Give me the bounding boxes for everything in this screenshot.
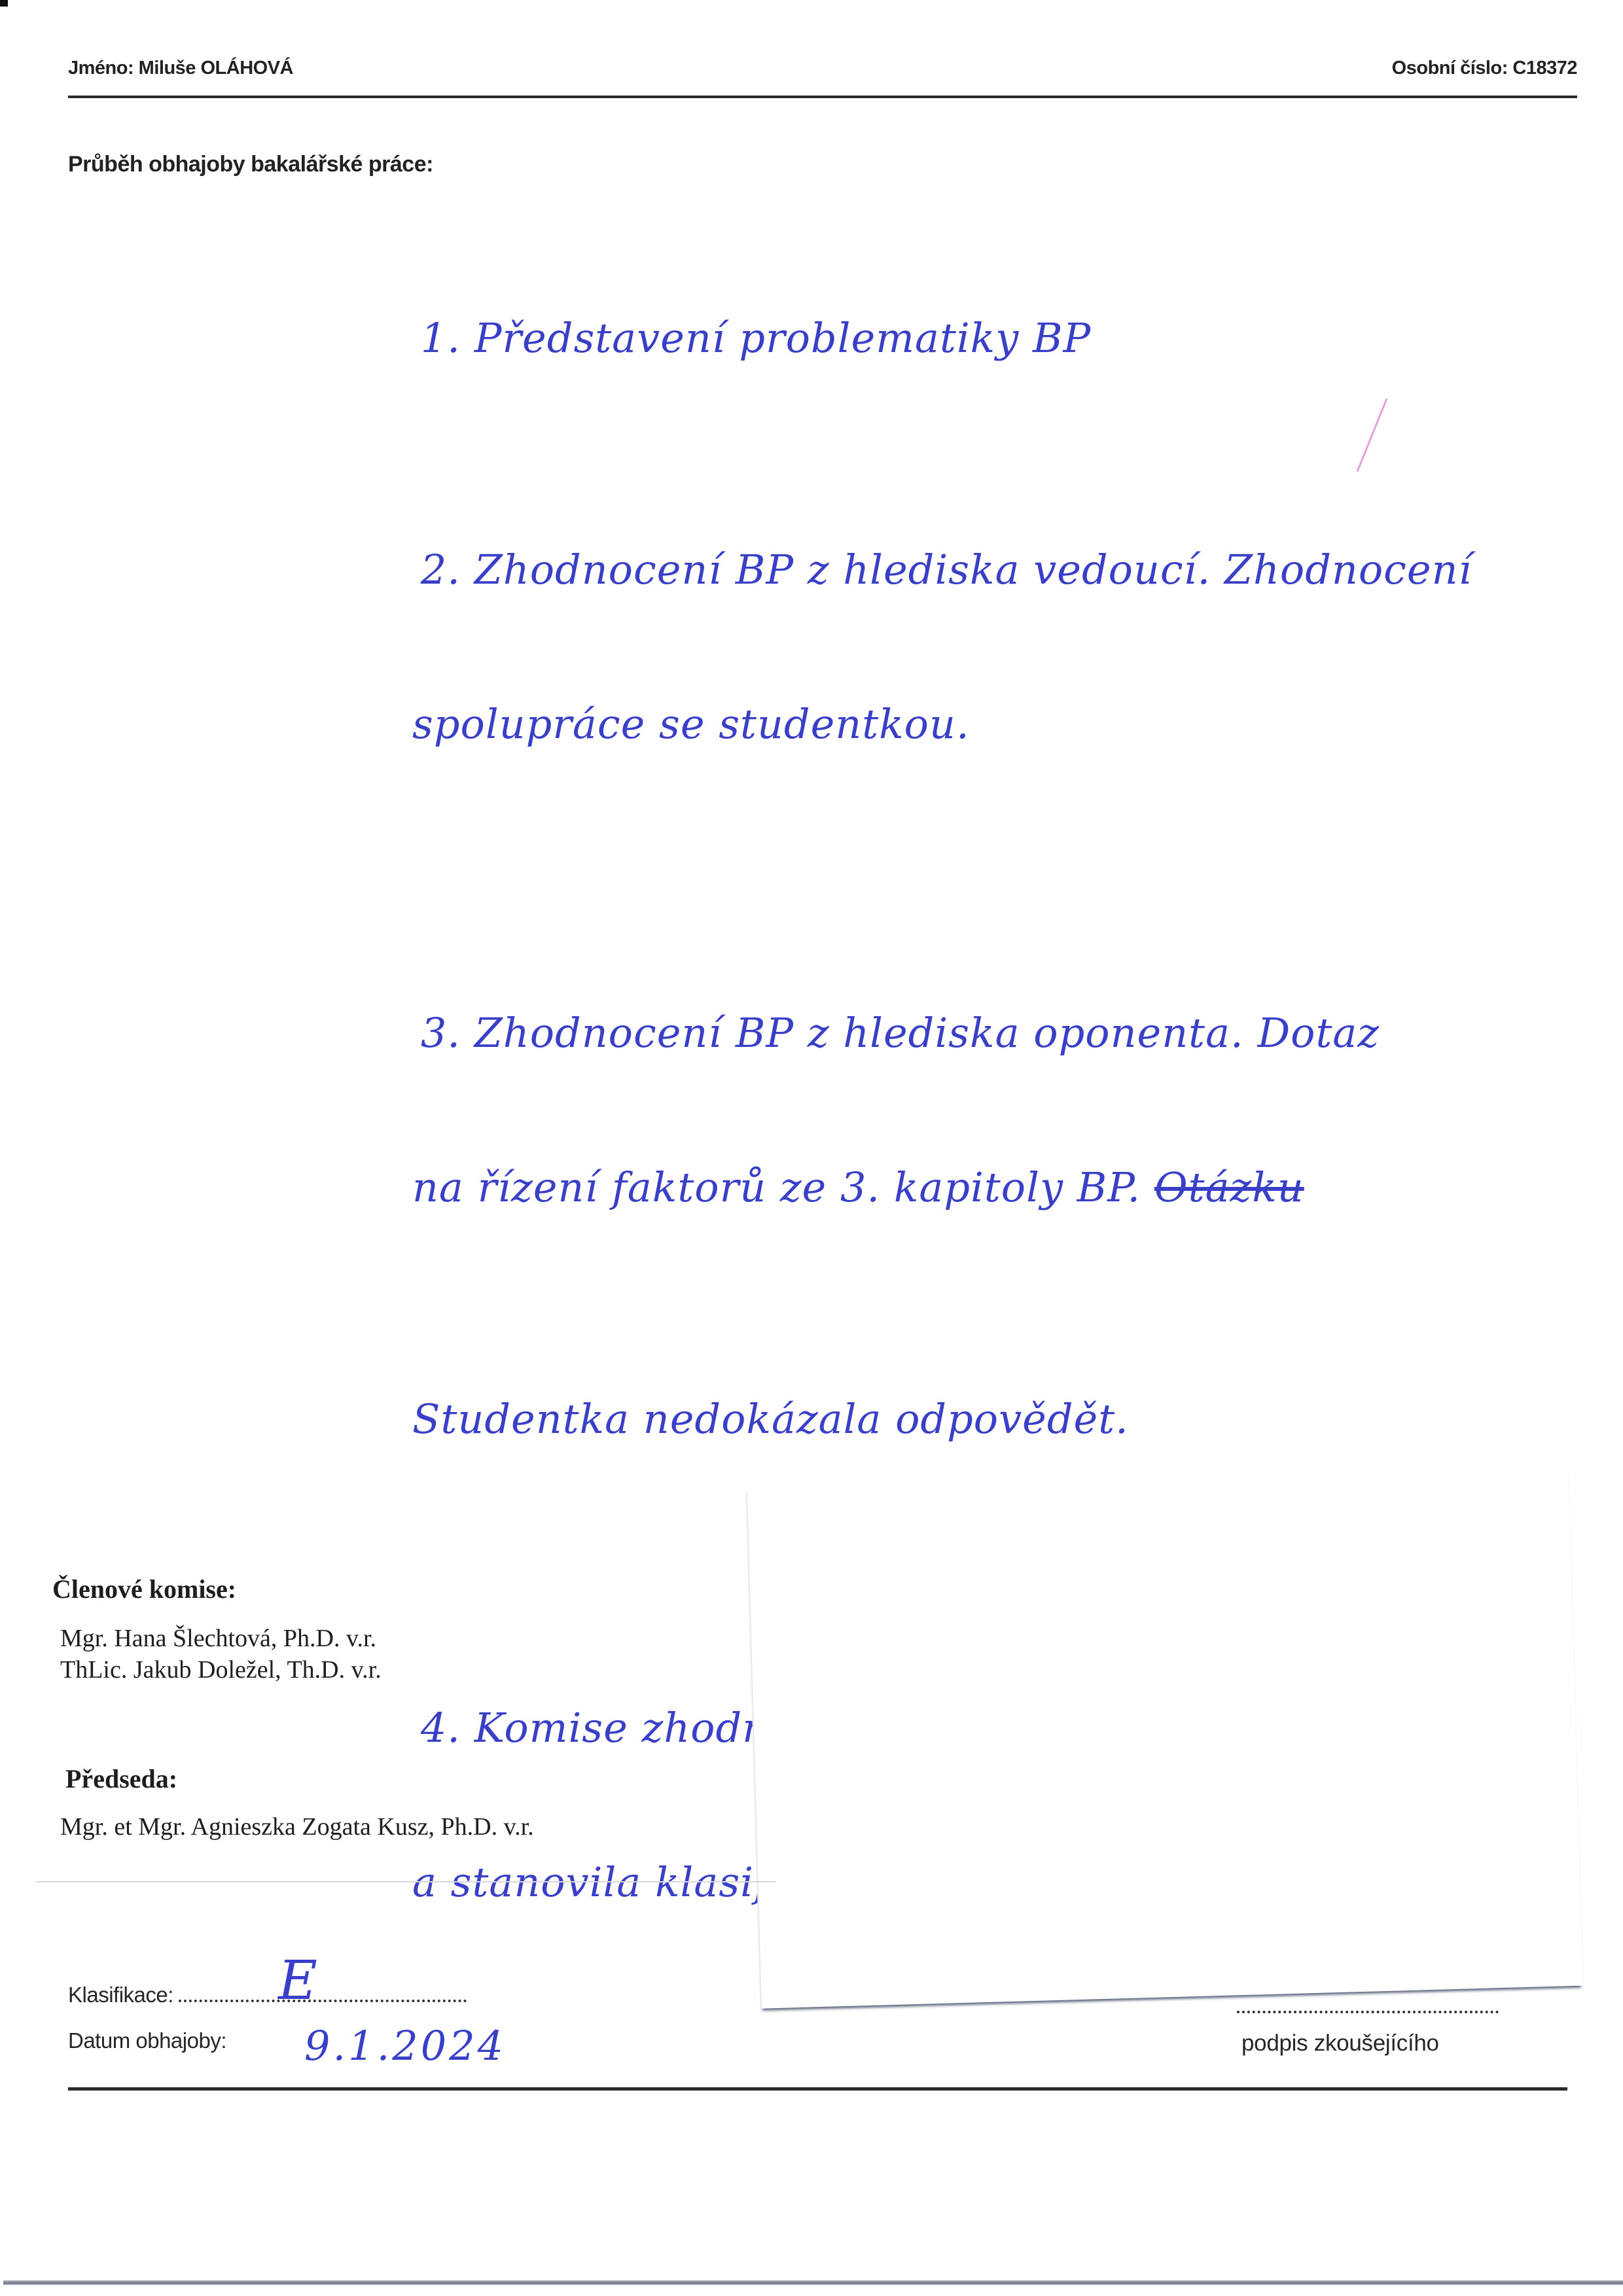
- struck-word: Otázku: [1154, 1163, 1304, 1211]
- classification-label: Klasifikace:: [68, 1983, 173, 2007]
- page-bottom-edge: [3, 2280, 1623, 2286]
- classification-value: E: [278, 1950, 317, 2012]
- student-name: Jméno: Miluše OLÁHOVÁ: [68, 58, 293, 79]
- section-title: Průběh obhajoby bakalářské práce:: [68, 152, 433, 177]
- chair-name: Mgr. et Mgr. Agnieszka Zogata Kusz, Ph.D…: [60, 1812, 534, 1841]
- header-divider: [68, 96, 1577, 98]
- date-label: Datum obhajoby:: [68, 2028, 226, 2053]
- scan-corner-mark: [0, 0, 8, 7]
- signature-label: podpis zkoušejícího: [1241, 2030, 1439, 2057]
- footer-divider: [68, 2087, 1567, 2091]
- overlapping-paper-slip: [746, 1469, 1583, 2009]
- classification-field: Klasifikace:: [68, 1983, 467, 2007]
- note-line: 2. Zhodnocení BP z hlediska vedoucí. Zho…: [421, 546, 1472, 593]
- note-line: spolupráce se studentkou.: [366, 686, 1590, 763]
- section-divider: [36, 1881, 776, 1882]
- chair-title: Předseda:: [65, 1763, 177, 1794]
- note-line: na řízení faktorů ze 3. kapitoly BP.: [412, 1163, 1141, 1211]
- classification-dotted-line: [179, 1993, 467, 2002]
- committee-member: Mgr. Hana Šlechtová, Ph.D. v.r.: [60, 1623, 382, 1654]
- committee-members-title: Členové komise:: [52, 1574, 236, 1604]
- signature-dotted-line: [1237, 2011, 1499, 2013]
- note-item: 1. Představení problematiky BP: [366, 222, 1590, 454]
- note-item: 2. Zhodnocení BP z hlediska vedoucí. Zho…: [366, 454, 1590, 917]
- committee-member: ThLic. Jakub Doležel, Th.D. v.r.: [60, 1654, 382, 1686]
- committee-members-list: Mgr. Hana Šlechtová, Ph.D. v.r. ThLic. J…: [60, 1623, 382, 1686]
- note-line-wrap: na řízení faktorů ze 3. kapitoly BP. Otá…: [366, 1149, 1590, 1226]
- date-value: 9.1.2024: [304, 2022, 506, 2070]
- note-line: Studentka nedokázala odpovědět.: [366, 1381, 1590, 1458]
- personal-number: Osobní číslo: C18372: [1392, 58, 1577, 79]
- note-line: 3. Zhodnocení BP z hlediska oponenta. Do…: [421, 1009, 1380, 1057]
- date-field: Datum obhajoby:: [68, 2028, 226, 2053]
- note-line: 1. Představení problematiky BP: [421, 314, 1091, 362]
